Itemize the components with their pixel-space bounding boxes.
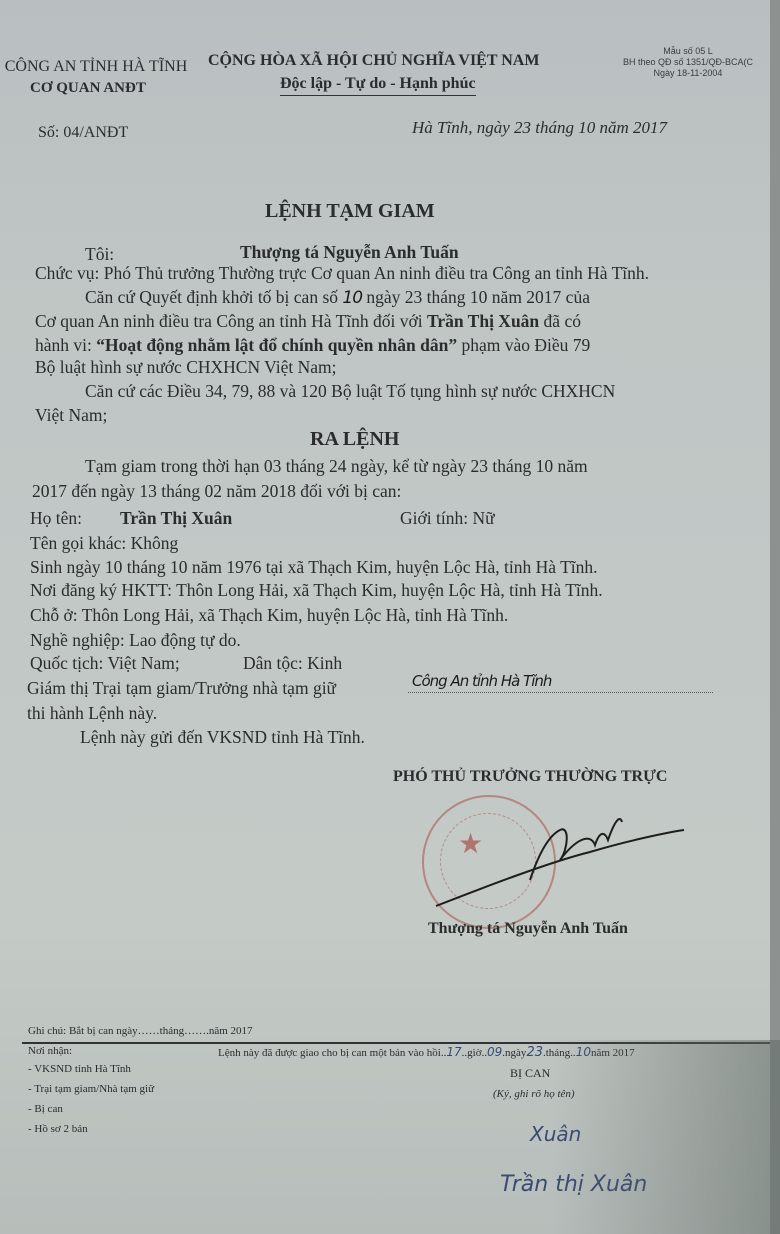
- accused-name-bold: Trần Thị Xuân: [427, 311, 539, 331]
- basis-text: Cơ quan An ninh điều tra Công an tỉnh Hà…: [35, 311, 423, 331]
- document-title: LỆNH TẠM GIAM: [265, 200, 435, 223]
- issuer-name: Thượng tá Nguyễn Anh Tuấn: [240, 242, 459, 263]
- delivery-minute: 09: [487, 1045, 502, 1059]
- sent-to: Lệnh này gửi đến VKSND tỉnh Hà Tĩnh.: [80, 727, 365, 748]
- accused-name: Trần Thị Xuân: [120, 508, 232, 529]
- basis-text: hành vi:: [35, 335, 92, 355]
- country-line1: CỘNG HÒA XÃ HỘI CHỦ NGHĨA VIỆT NAM: [208, 52, 539, 70]
- place-date: Hà Tĩnh, ngày 23 tháng 10 năm 2017: [412, 118, 667, 138]
- delivery-hour: 17: [446, 1045, 461, 1059]
- order-line1: Tạm giam trong thời hạn 03 tháng 24 ngày…: [85, 456, 588, 477]
- executor-handwritten: Công An tỉnh Hà Tĩnh: [412, 672, 551, 690]
- agency-line1: CÔNG AN TỈNH HÀ TĨNH: [0, 58, 194, 76]
- order-heading: RA LỆNH: [310, 428, 399, 451]
- issuer-position: Chức vụ: Phó Thủ trưởng Thường trực Cơ q…: [35, 263, 649, 284]
- issuer-label: Tôi:: [85, 244, 114, 265]
- basis-text: phạm vào Điều 79: [461, 335, 590, 355]
- recipient-item: - Trại tạm giam/Nhà tạm giữ: [28, 1083, 154, 1095]
- basis-line6: Việt Nam;: [35, 405, 107, 426]
- form-note-line: Mẫu số 05 L: [608, 46, 768, 57]
- arrest-note: Ghi chú: Bắt bị can ngày……tháng…….năm 20…: [28, 1025, 253, 1037]
- delivery-text: Lệnh này đã được giao cho bị can một bản…: [218, 1047, 446, 1059]
- delivery-text: ..giờ..: [462, 1047, 487, 1059]
- accused-title: BỊ CAN: [510, 1066, 550, 1081]
- residence-address: Chỗ ở: Thôn Long Hải, xã Thạch Kim, huyệ…: [30, 605, 508, 626]
- alias: Tên gọi khác: Không: [30, 533, 178, 554]
- order-line2: 2017 đến ngày 13 tháng 02 năm 2018 đối v…: [32, 481, 401, 502]
- form-note-line: Ngày 18-11-2004: [608, 68, 768, 79]
- decision-number-handwritten: 10: [342, 288, 362, 308]
- recipient-item: - Bị can: [28, 1103, 63, 1115]
- document-number: Số: 04/ANĐT: [38, 124, 128, 142]
- executor-dotted-line: Công An tỉnh Hà Tĩnh: [408, 672, 713, 693]
- execute-line: thi hành Lệnh này.: [27, 703, 157, 724]
- delivery-day: 23: [526, 1045, 543, 1060]
- basis-text: Căn cứ Quyết định khởi tố bị can số: [85, 287, 338, 307]
- name-label: Họ tên:: [30, 508, 82, 529]
- basis-line2: Cơ quan An ninh điều tra Công an tỉnh Hà…: [35, 311, 581, 332]
- basis-line3: hành vi: “Hoạt động nhằm lật đổ chính qu…: [35, 335, 590, 356]
- executor-label: Giám thị Trại tạm giam/Trưởng nhà tạm gi…: [27, 678, 336, 699]
- basis-line4: Bộ luật hình sự nước CHXHCN Việt Nam;: [35, 357, 337, 378]
- basis-text: đã có: [544, 311, 581, 331]
- charge-text: “Hoạt động nhằm lật đổ chính quyền nhân …: [96, 335, 457, 355]
- recipient-item: - VKSND tỉnh Hà Tĩnh: [28, 1063, 131, 1075]
- delivery-text: .ngày: [502, 1047, 526, 1059]
- birth-info: Sinh ngày 10 tháng 10 năm 1976 tại xã Th…: [30, 557, 598, 578]
- ethnicity: Dân tộc: Kinh: [243, 653, 342, 674]
- occupation: Nghề nghiệp: Lao động tự do.: [30, 630, 241, 651]
- recipient-item: - Hồ sơ 2 bản: [28, 1123, 88, 1135]
- form-note-line: BH theo QĐ số 1351/QĐ-BCA(C: [608, 57, 768, 68]
- basis-line5: Căn cứ các Điều 34, 79, 88 và 120 Bộ luậ…: [85, 381, 615, 402]
- form-note: Mẫu số 05 L BH theo QĐ số 1351/QĐ-BCA(C …: [608, 46, 768, 79]
- recipients-label: Nơi nhận:: [28, 1045, 72, 1057]
- nationality: Quốc tịch: Việt Nam;: [30, 653, 180, 674]
- signature-stroke: [430, 810, 690, 910]
- country-motto: Độc lập - Tự do - Hạnh phúc: [280, 75, 476, 96]
- signer-name: Thượng tá Nguyễn Anh Tuấn: [428, 920, 628, 938]
- agency-line2: CƠ QUAN ANĐT: [30, 80, 140, 97]
- basis-text: ngày 23 tháng 10 năm 2017 của: [366, 287, 590, 307]
- basis-line1: Căn cứ Quyết định khởi tố bị can số 10 n…: [85, 287, 590, 308]
- signer-title: PHÓ THỦ TRƯỞNG THƯỜNG TRỰC: [393, 768, 667, 786]
- photo-shadow: [550, 1040, 780, 1234]
- gender: Giới tính: Nữ: [400, 508, 495, 529]
- registration-address: Nơi đăng ký HKTT: Thôn Long Hải, xã Thạc…: [30, 580, 603, 601]
